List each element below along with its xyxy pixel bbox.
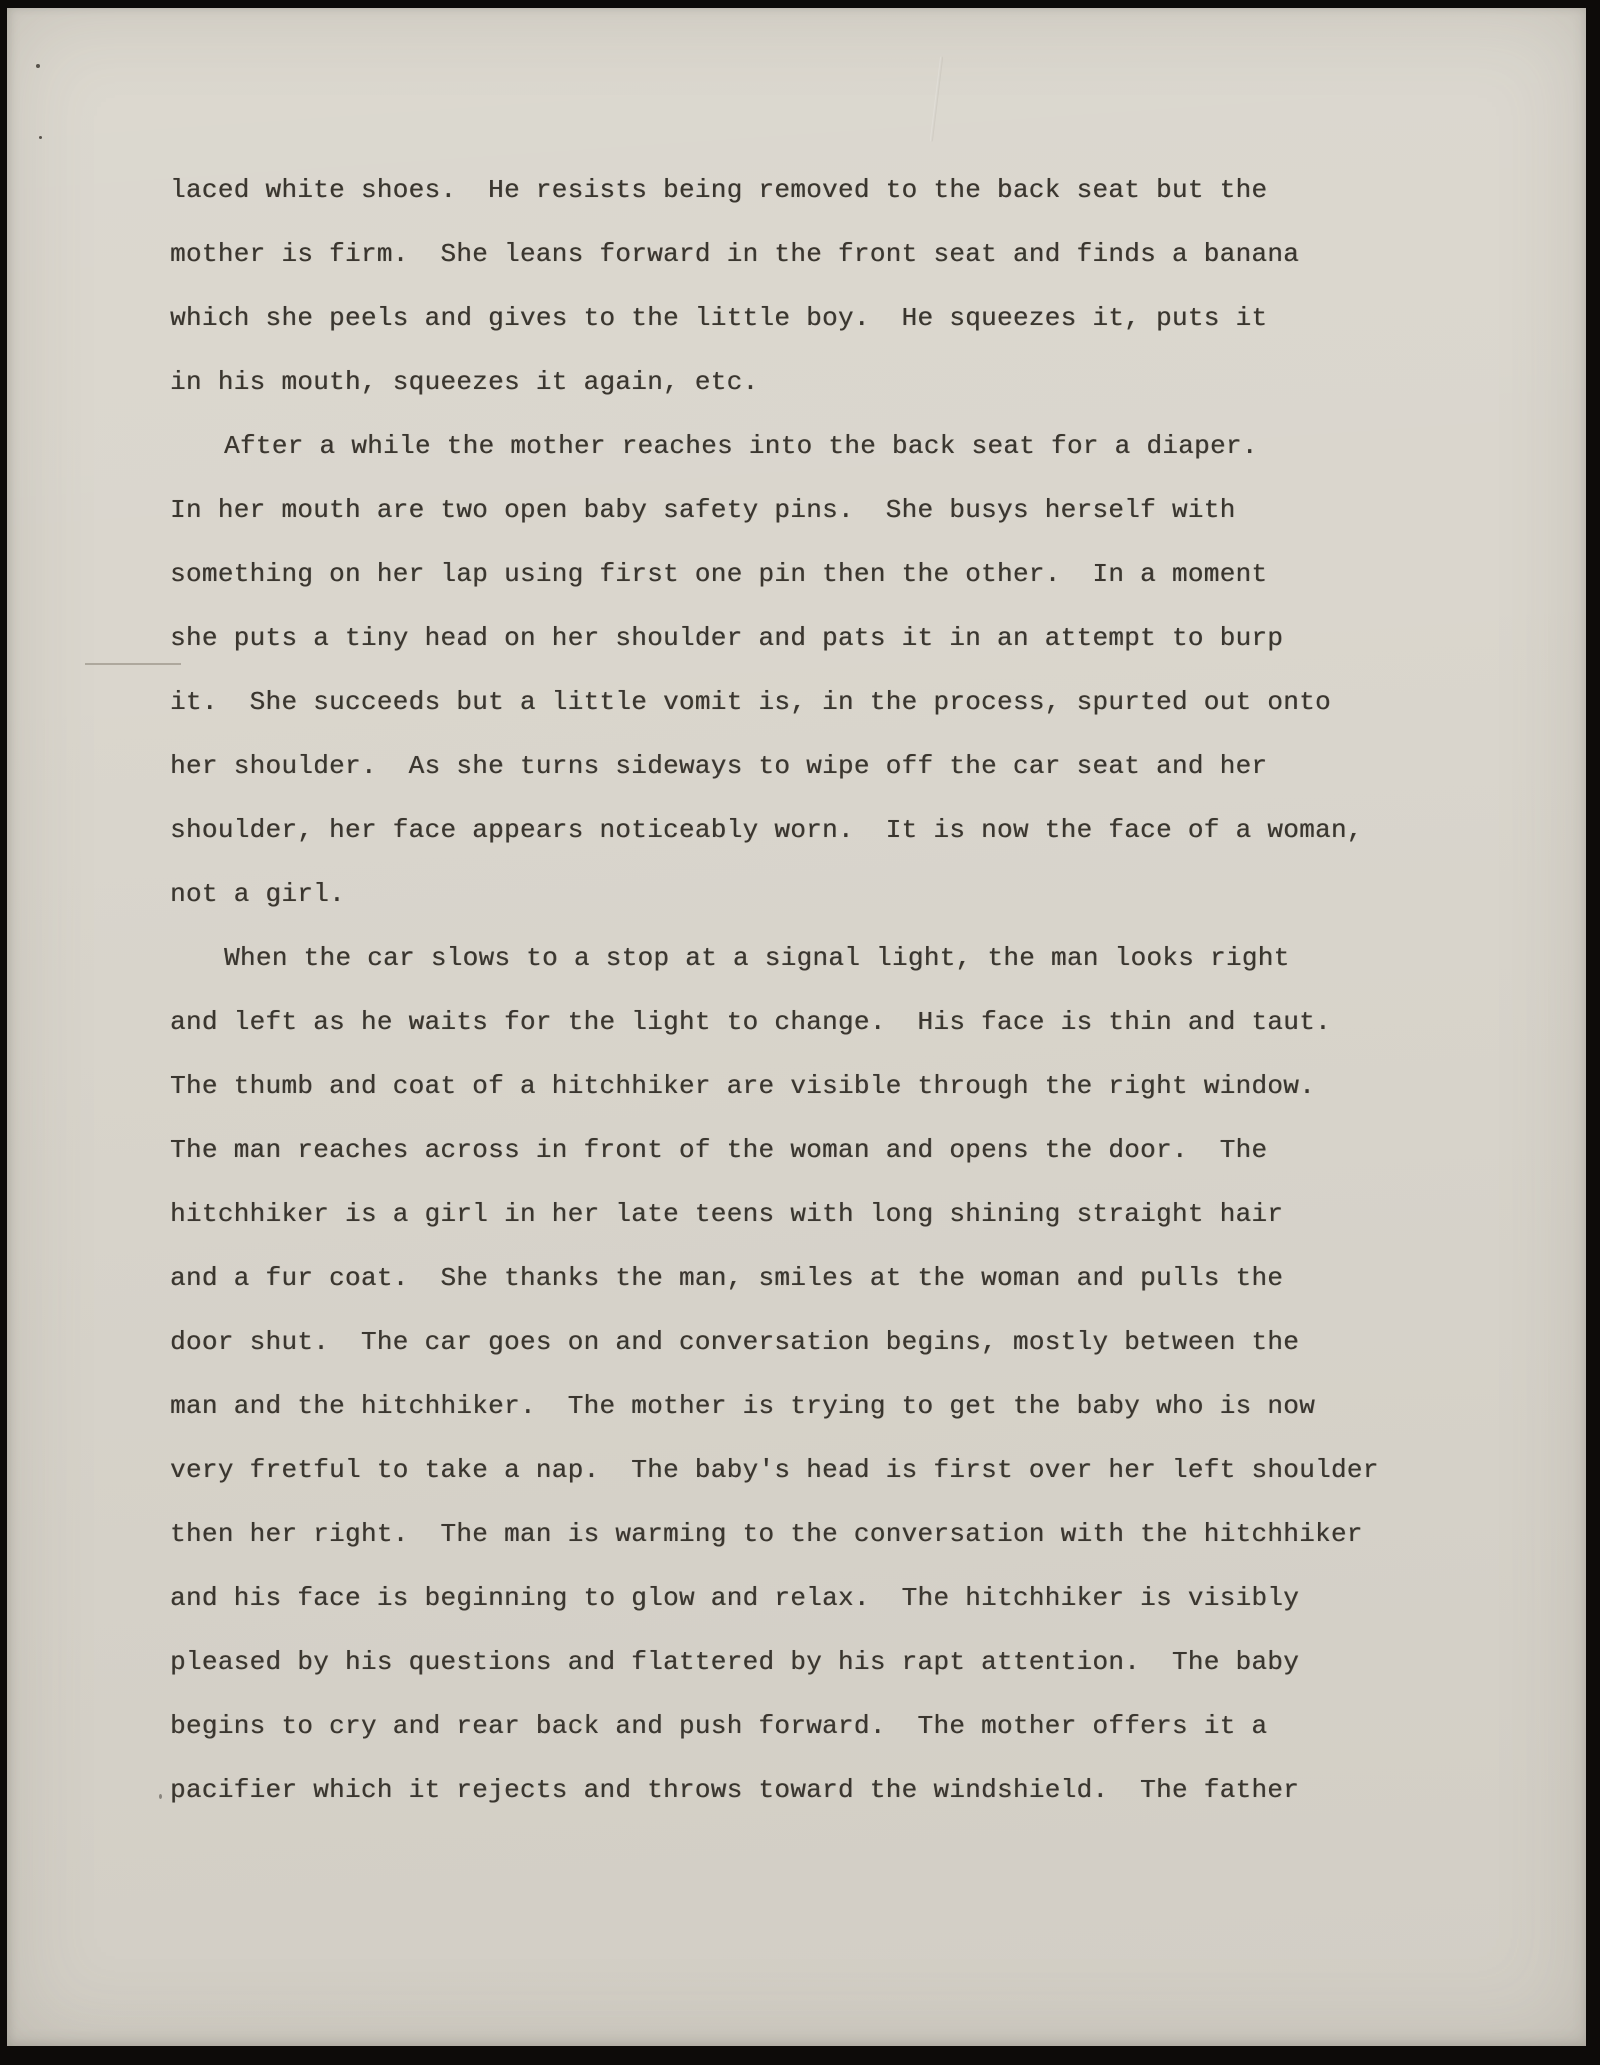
text-line: she puts a tiny head on her shoulder and…	[170, 606, 1440, 670]
text-line: shoulder, her face appears noticeably wo…	[170, 798, 1440, 862]
typewritten-text-block: laced white shoes. He resists being remo…	[170, 158, 1440, 1822]
text-line: man and the hitchhiker. The mother is tr…	[170, 1374, 1440, 1438]
text-line: it. She succeeds but a little vomit is, …	[170, 670, 1440, 734]
text-line: The thumb and coat of a hitchhiker are v…	[170, 1054, 1440, 1118]
scan-frame: laced white shoes. He resists being remo…	[0, 0, 1600, 2065]
text-line: in his mouth, squeezes it again, etc.	[170, 350, 1440, 414]
text-line: When the car slows to a stop at a signal…	[170, 926, 1440, 990]
text-line: The man reaches across in front of the w…	[170, 1118, 1440, 1182]
text-line: In her mouth are two open baby safety pi…	[170, 478, 1440, 542]
text-line: then her right. The man is warming to th…	[170, 1502, 1440, 1566]
paper-speck	[159, 1794, 162, 1799]
text-line: begins to cry and rear back and push for…	[170, 1694, 1440, 1758]
text-line: and left as he waits for the light to ch…	[170, 990, 1440, 1054]
text-line: her shoulder. As she turns sideways to w…	[170, 734, 1440, 798]
text-line: mother is firm. She leans forward in the…	[170, 222, 1440, 286]
paper-page: laced white shoes. He resists being remo…	[7, 8, 1586, 2046]
text-line: something on her lap using first one pin…	[170, 542, 1440, 606]
scan-smudge	[85, 663, 181, 665]
text-line: not a girl.	[170, 862, 1440, 926]
paper-crease	[930, 56, 943, 142]
text-line: laced white shoes. He resists being remo…	[170, 158, 1440, 222]
text-line: door shut. The car goes on and conversat…	[170, 1310, 1440, 1374]
paper-speck	[39, 136, 42, 139]
text-line: After a while the mother reaches into th…	[170, 414, 1440, 478]
text-line: pleased by his questions and flattered b…	[170, 1630, 1440, 1694]
paper-speck	[36, 64, 40, 68]
text-line: hitchhiker is a girl in her late teens w…	[170, 1182, 1440, 1246]
text-line: which she peels and gives to the little …	[170, 286, 1440, 350]
text-line: pacifier which it rejects and throws tow…	[170, 1758, 1440, 1822]
text-line: and his face is beginning to glow and re…	[170, 1566, 1440, 1630]
text-line: very fretful to take a nap. The baby's h…	[170, 1438, 1440, 1502]
text-line: and a fur coat. She thanks the man, smil…	[170, 1246, 1440, 1310]
